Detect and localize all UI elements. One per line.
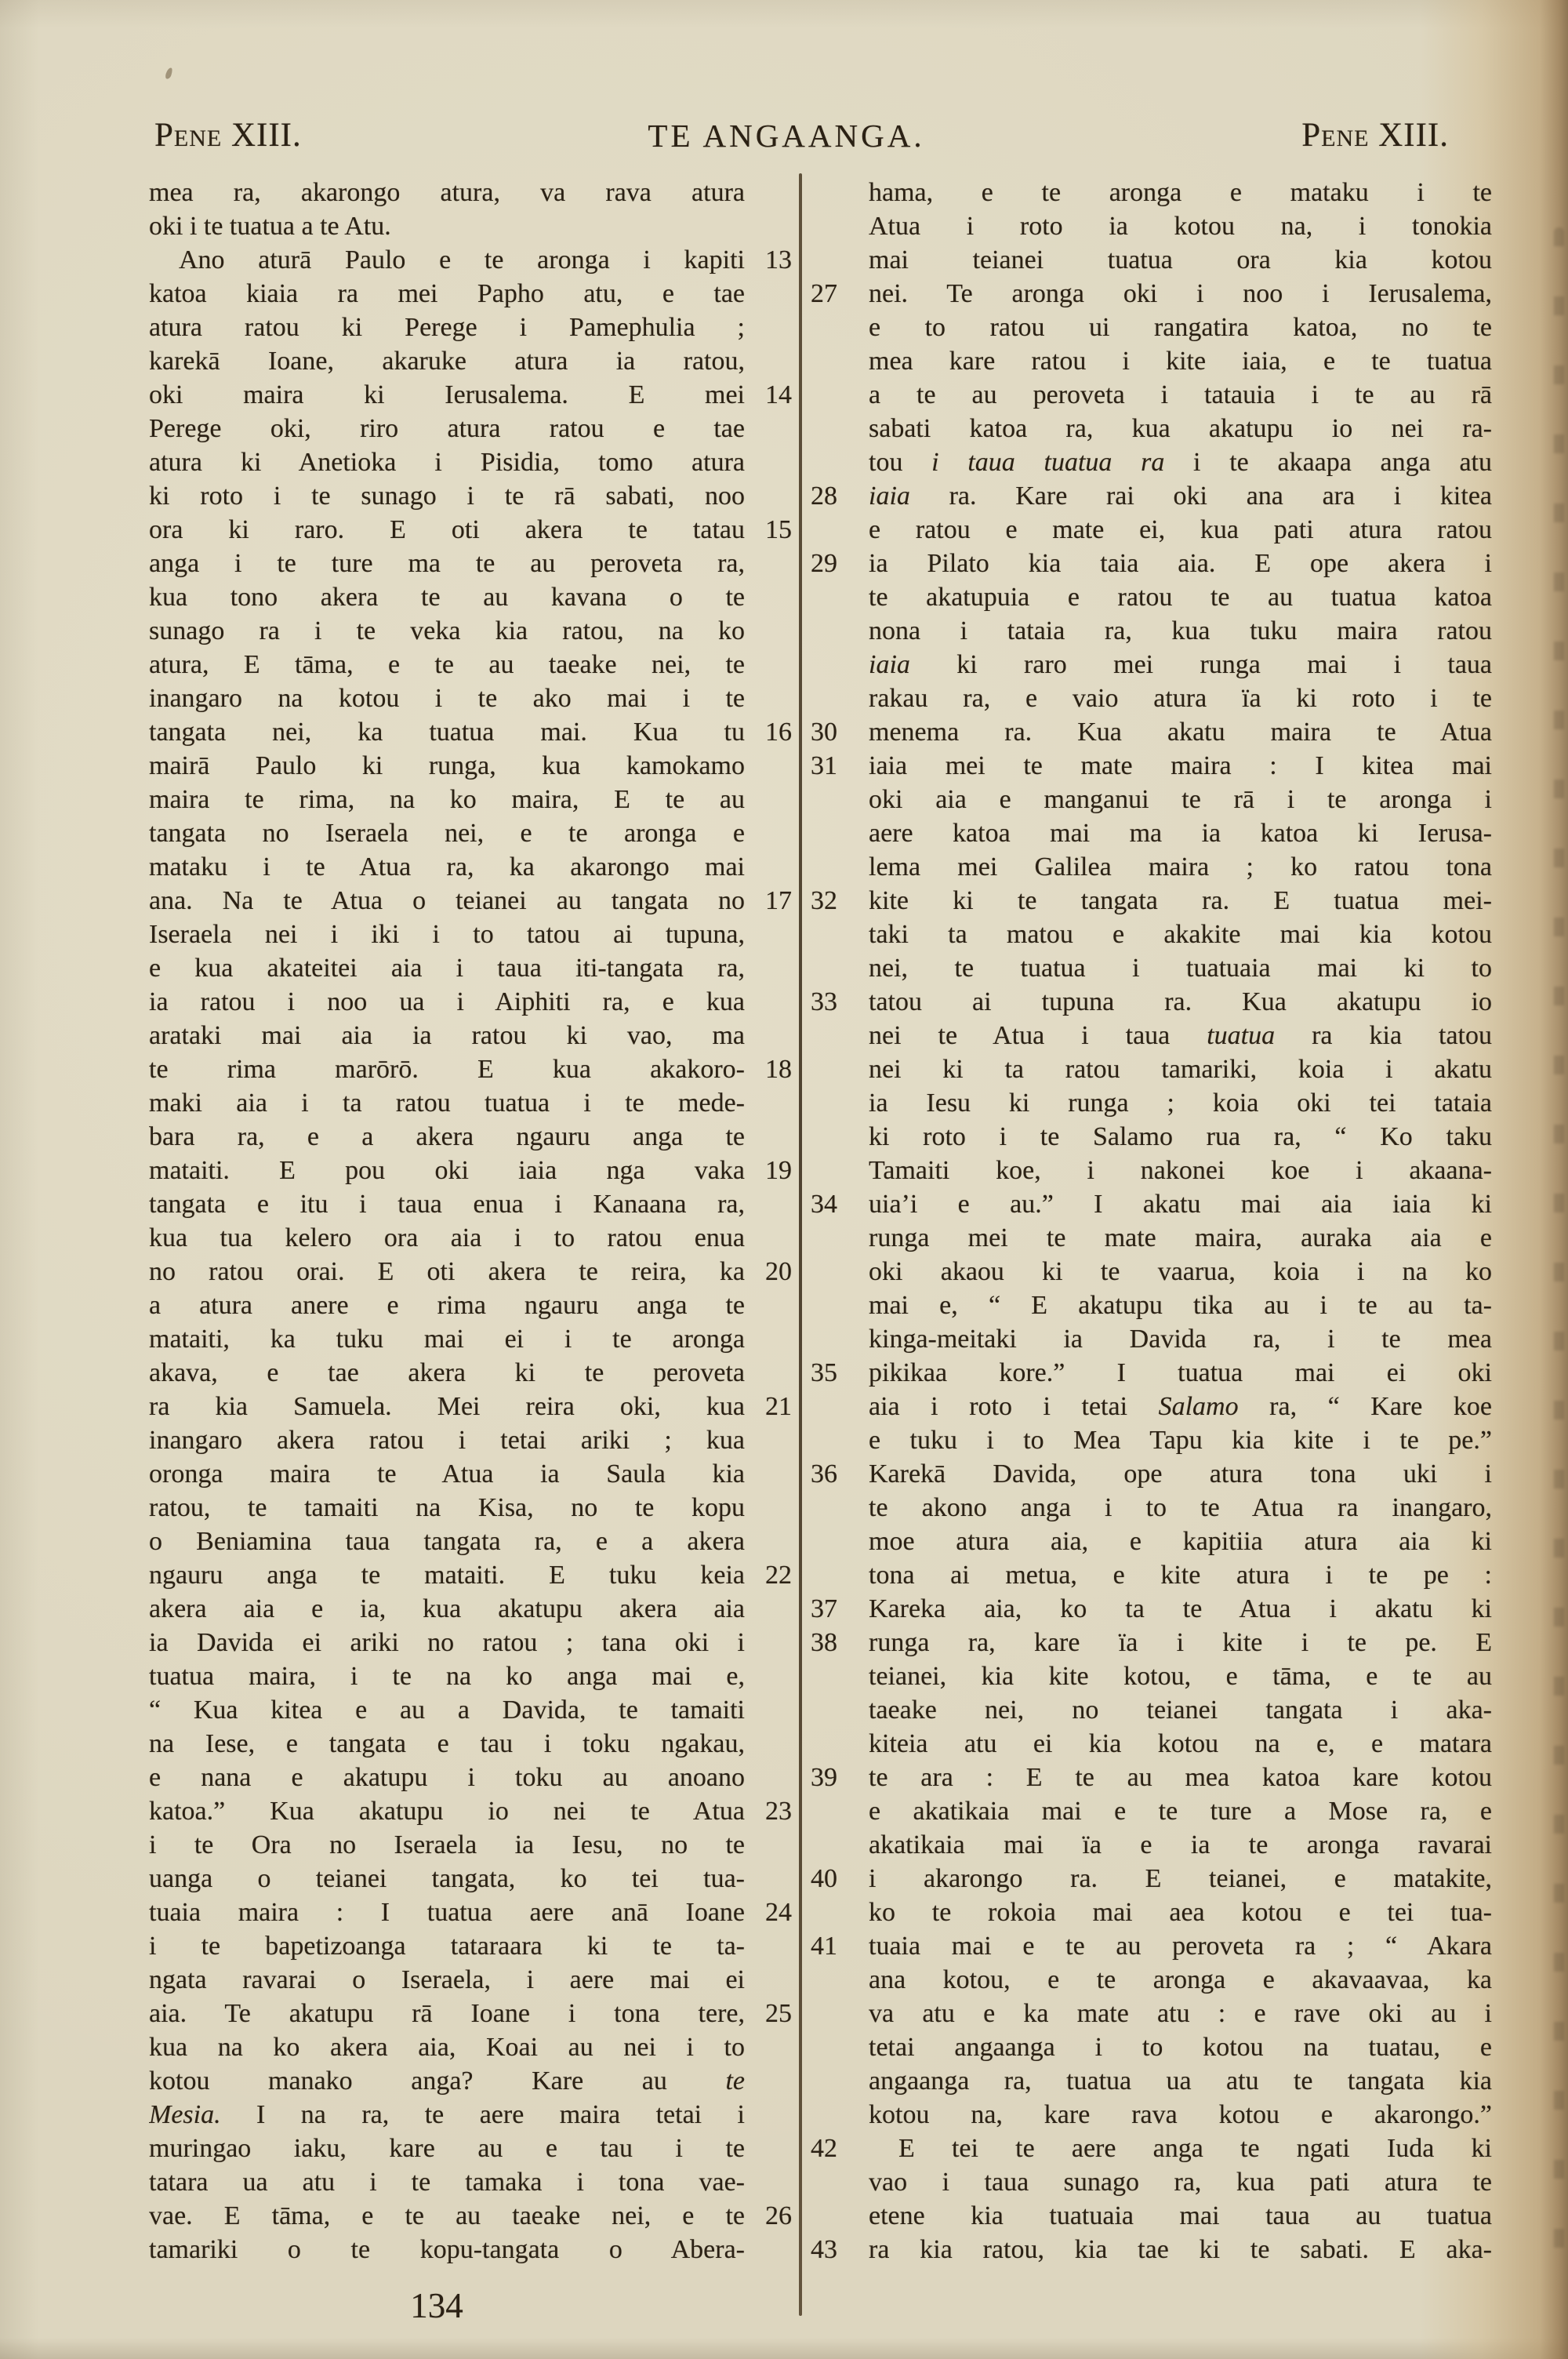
text-line: mairā Paulo ki runga, kua kamokamo bbox=[149, 749, 792, 783]
text-segment: vae. E tāma, e te au taeake nei, e te bbox=[149, 2201, 745, 2230]
verse-number: 13 bbox=[745, 243, 792, 277]
verse-number: 35 bbox=[811, 1356, 869, 1390]
text-segment: anga i te ture ma te au peroveta ra, bbox=[149, 549, 745, 578]
verse-number: 23 bbox=[745, 1794, 792, 1828]
line-text: kua na ko akera aia, Koai au nei i to bbox=[149, 2030, 745, 2064]
verse-number: 22 bbox=[745, 1558, 792, 1592]
text-segment: Atua i roto ia kotou na, i tonokia bbox=[869, 212, 1492, 241]
verse-number: 30 bbox=[811, 715, 869, 749]
line-text: oki maira ki Ierusalema. E mei bbox=[149, 378, 745, 412]
line-text: mataku i te Atua ra, ka akarongo mai bbox=[149, 850, 745, 884]
text-segment: ki roto i te sunago i te rā sabati, noo bbox=[149, 482, 745, 511]
text-line: mai teianei tuatua ora kia kotou bbox=[811, 243, 1492, 277]
text-line: nei te Atua i taua tuatua ra kia tatou bbox=[811, 1019, 1492, 1052]
running-head-right: Pene XIII. bbox=[1301, 114, 1449, 157]
line-text: aere katoa mai ma ia katoa ki Ierusa- bbox=[869, 816, 1492, 850]
line-text: ana. Na te Atua o teianei au tangata no bbox=[149, 884, 745, 918]
text-segment: tatou ai tupuna ra. Kua akatupu io bbox=[869, 987, 1492, 1016]
verse-number: 39 bbox=[811, 1761, 869, 1794]
text-line: tona ai metua, e kite atura i te pe : bbox=[811, 1558, 1492, 1592]
line-text: i akarongo ra. E teianei, e matakite, bbox=[869, 1862, 1492, 1896]
verse-number: 38 bbox=[811, 1626, 869, 1659]
verse-number: 34 bbox=[811, 1187, 869, 1221]
italic-text-segment: Salamo bbox=[1159, 1392, 1239, 1421]
text-line: katoa.” Kua akatupu io nei te Atua23 bbox=[149, 1794, 792, 1828]
line-text: katoa.” Kua akatupu io nei te Atua bbox=[149, 1794, 745, 1828]
line-text: maki aia i ta ratou tuatua i te mede- bbox=[149, 1086, 745, 1120]
italic-text-segment: tuatua bbox=[1207, 1021, 1275, 1050]
text-line: uanga o teianei tangata, ko tei tua- bbox=[149, 1862, 792, 1896]
text-segment: kotou na, kare rava kotou e akarongo.” bbox=[869, 2100, 1492, 2129]
text-line: mea kare ratou i kite iaia, e te tuatua bbox=[811, 344, 1492, 378]
text-segment: vao i taua sunago ra, kua pati atura te bbox=[869, 2168, 1492, 2197]
text-line: e kua akateitei aia i taua iti-tangata r… bbox=[149, 951, 792, 985]
line-text: E tei te aere anga te ngati Iuda ki bbox=[869, 2132, 1492, 2165]
text-line: hama, e te aronga e mataku i te bbox=[811, 176, 1492, 209]
text-line: teianei, kia kite kotou, e tāma, e te au bbox=[811, 1659, 1492, 1693]
line-text: tangata e itu i taua enua i Kanaana ra, bbox=[149, 1187, 745, 1221]
text-line: 40i akarongo ra. E teianei, e matakite, bbox=[811, 1862, 1492, 1896]
text-segment: oki i te tuatua a te Atu. bbox=[149, 212, 391, 241]
line-text: nei, te tuatua i tuatuaia mai ki to bbox=[869, 951, 1492, 985]
text-segment: katoa kiaia ra mei Papho atu, e tae bbox=[149, 279, 745, 308]
text-segment: nei te Atua i taua bbox=[869, 1021, 1207, 1050]
text-segment: akava, e tae akera ki te peroveta bbox=[149, 1358, 745, 1387]
text-line: ia Iesu ki runga ; koia oki tei tataia bbox=[811, 1086, 1492, 1120]
text-segment: moe atura aia, e kapitiia atura aia ki bbox=[869, 1527, 1492, 1556]
text-segment: atura ratou ki Perege i Pamephulia ; bbox=[149, 313, 745, 342]
next-page-ghost-text bbox=[1554, 227, 1564, 2282]
book-page: Pene XIII. TE ANGAANGA. Pene XIII. mea r… bbox=[0, 0, 1568, 2359]
text-line: nei ki ta ratou tamariki, koia i akatu bbox=[811, 1052, 1492, 1086]
verse-number: 16 bbox=[745, 715, 792, 749]
text-segment: Karekā Davida, ope atura tona uki i bbox=[869, 1459, 1492, 1488]
text-line: 41tuaia mai e te au peroveta ra ; “ Akar… bbox=[811, 1929, 1492, 1963]
text-segment: Ano aturā Paulo e te aronga i kapiti bbox=[179, 245, 745, 274]
line-text: teianei, kia kite kotou, e tāma, e te au bbox=[869, 1659, 1492, 1693]
text-line: Ano aturā Paulo e te aronga i kapiti13 bbox=[149, 243, 792, 277]
line-text: a atura anere e rima ngauru anga te bbox=[149, 1289, 745, 1322]
text-segment: karekā Ioane, akaruke atura ia ratou, bbox=[149, 347, 745, 376]
line-text: Ano aturā Paulo e te aronga i kapiti bbox=[149, 243, 745, 277]
text-segment: taeake nei, no teianei tangata i aka- bbox=[869, 1696, 1492, 1725]
line-text: mai e, “ E akatupu tika au i te au ta- bbox=[869, 1289, 1492, 1322]
line-text: nei ki ta ratou tamariki, koia i akatu bbox=[869, 1052, 1492, 1086]
line-text: tuatua maira, i te na ko anga mai e, bbox=[149, 1659, 745, 1693]
italic-text-segment: i taua tuatua ra bbox=[931, 448, 1164, 477]
verse-number: 29 bbox=[811, 547, 869, 580]
text-segment: ora ki raro. E oti akera te tatau bbox=[149, 515, 745, 544]
text-line: 37Kareka aia, ko ta te Atua i akatu ki bbox=[811, 1592, 1492, 1626]
text-line: 33tatou ai tupuna ra. Kua akatupu io bbox=[811, 985, 1492, 1019]
text-segment: a atura anere e rima ngauru anga te bbox=[149, 1291, 745, 1320]
line-text: Iseraela nei i iki i to tatou ai tupuna, bbox=[149, 918, 745, 951]
text-segment: pikikaa kore.” I tuatua mai ei oki bbox=[869, 1358, 1492, 1387]
line-text: lema mei Galilea maira ; ko ratou tona bbox=[869, 850, 1492, 884]
text-line: atura, E tāma, e te au taeake nei, te bbox=[149, 648, 792, 682]
text-line: runga mei te mate maira, auraka aia e bbox=[811, 1221, 1492, 1255]
text-line: 42E tei te aere anga te ngati Iuda ki bbox=[811, 2132, 1492, 2165]
text-segment: inangaro na kotou i te ako mai i te bbox=[149, 684, 745, 713]
text-line: ki roto i te Salamo rua ra, “ Ko taku bbox=[811, 1120, 1492, 1154]
text-line: arataki mai aia ia ratou ki vao, ma bbox=[149, 1019, 792, 1052]
text-segment: te rima marōrō. E kua akakoro- bbox=[149, 1055, 745, 1084]
verse-number: 33 bbox=[811, 985, 869, 1019]
text-line: bara ra, e a akera ngauru anga te bbox=[149, 1120, 792, 1154]
text-segment: mataku i te Atua ra, ka akarongo mai bbox=[149, 852, 745, 881]
line-text: “ Kua kitea e au a Davida, te tamaiti bbox=[149, 1693, 745, 1727]
text-segment: tona ai metua, e kite atura i te pe : bbox=[869, 1561, 1492, 1590]
text-line: maira te rima, na ko maira, E te au bbox=[149, 783, 792, 816]
verse-number: 17 bbox=[745, 884, 792, 918]
line-text: taki ta matou e akakite mai kia kotou bbox=[869, 918, 1492, 951]
text-line: lema mei Galilea maira ; ko ratou tona bbox=[811, 850, 1492, 884]
line-text: atura ratou ki Perege i Pamephulia ; bbox=[149, 311, 745, 344]
text-line: kua tono akera te au kavana o te bbox=[149, 580, 792, 614]
line-text: ratou, te tamaiti na Kisa, no te kopu bbox=[149, 1491, 745, 1525]
text-segment: ia ratou i noo ua i Aiphiti ra, e kua bbox=[149, 987, 745, 1016]
text-column-right: hama, e te aronga e mataku i teAtua i ro… bbox=[811, 176, 1492, 2266]
text-line: kua tua kelero ora aia i to ratou enua bbox=[149, 1221, 792, 1255]
line-text: tangata no Iseraela nei, e te aronga e bbox=[149, 816, 745, 850]
text-segment: oronga maira te Atua ia Saula kia bbox=[149, 1459, 745, 1488]
line-text: e nana e akatupu i toku au anoano bbox=[149, 1761, 745, 1794]
text-segment: kiteia atu ei kia kotou na e, e matara bbox=[869, 1729, 1492, 1758]
verse-number: 20 bbox=[745, 1255, 792, 1289]
text-segment: e to ratou ui rangatira katoa, no te bbox=[869, 313, 1492, 342]
text-segment: runga mei te mate maira, auraka aia e bbox=[869, 1223, 1492, 1252]
line-text: mataiti. E pou oki iaia nga vaka bbox=[149, 1154, 745, 1187]
line-text: uia’i e au.” I akatu mai aia iaia ki bbox=[869, 1187, 1492, 1221]
line-text: o Beniamina taua tangata ra, e a akera bbox=[149, 1525, 745, 1558]
text-line: te rima marōrō. E kua akakoro-18 bbox=[149, 1052, 792, 1086]
running-head-left: Pene XIII. bbox=[154, 114, 302, 157]
verse-number: 15 bbox=[745, 513, 792, 547]
text-segment: ia Iesu ki runga ; koia oki tei tataia bbox=[869, 1089, 1492, 1118]
text-line: taki ta matou e akakite mai kia kotou bbox=[811, 918, 1492, 951]
line-text: muringao iaku, kare au e tau i te bbox=[149, 2132, 745, 2165]
text-segment: ngata ravarai o Iseraela, i aere mai ei bbox=[149, 1965, 745, 1994]
text-segment: ra kia ratou, kia tae ki te sabati. E ak… bbox=[869, 2235, 1492, 2264]
text-segment: na Iese, e tangata e tau i toku ngakau, bbox=[149, 1729, 745, 1758]
text-line: tuatua maira, i te na ko anga mai e, bbox=[149, 1659, 792, 1693]
line-text: tuaia maira : I tuatua aere anā Ioane bbox=[149, 1896, 745, 1929]
line-text: menema ra. Kua akatu maira te Atua bbox=[869, 715, 1492, 749]
italic-text-segment: iaia bbox=[869, 650, 910, 679]
text-line: maki aia i ta ratou tuatua i te mede- bbox=[149, 1086, 792, 1120]
text-segment: kua na ko akera aia, Koai au nei i to bbox=[149, 2033, 745, 2062]
verse-number: 14 bbox=[745, 378, 792, 412]
line-text: anga i te ture ma te au peroveta ra, bbox=[149, 547, 745, 580]
text-segment: oki aia e manganui te rā i te aronga i bbox=[869, 785, 1492, 814]
text-segment: ra kia tatou bbox=[1275, 1021, 1492, 1050]
line-text: Kareka aia, ko ta te Atua i akatu ki bbox=[869, 1592, 1492, 1626]
text-line: 30menema ra. Kua akatu maira te Atua bbox=[811, 715, 1492, 749]
text-segment: nei, te tuatua i tuatuaia mai ki to bbox=[869, 954, 1492, 983]
text-line: ngata ravarai o Iseraela, i aere mai ei bbox=[149, 1963, 792, 1997]
text-line: 35pikikaa kore.” I tuatua mai ei oki bbox=[811, 1356, 1492, 1390]
text-line: atura ki Anetioka i Pisidia, tomo atura bbox=[149, 445, 792, 479]
text-segment: tuaia maira : I tuatua aere anā Ioane bbox=[149, 1898, 745, 1927]
line-text: iaia ra. Kare rai oki ana ara i kitea bbox=[869, 479, 1492, 513]
text-line: mataku i te Atua ra, ka akarongo mai bbox=[149, 850, 792, 884]
text-segment: “ Kua kitea e au a Davida, te tamaiti bbox=[149, 1696, 745, 1725]
line-text: angaanga ra, tuatua ua atu te tangata ki… bbox=[869, 2064, 1492, 2098]
text-segment: tuatua maira, i te na ko anga mai e, bbox=[149, 1662, 745, 1691]
text-line: ki roto i te sunago i te rā sabati, noo bbox=[149, 479, 792, 513]
text-segment: Perege oki, riro atura ratou e tae bbox=[149, 414, 745, 443]
text-line: Perege oki, riro atura ratou e tae bbox=[149, 412, 792, 445]
text-line: 43ra kia ratou, kia tae ki te sabati. E … bbox=[811, 2233, 1492, 2266]
text-line: te akono anga i to te Atua ra inangaro, bbox=[811, 1491, 1492, 1525]
line-text: ana kotou, e te aronga e akavaavaa, ka bbox=[869, 1963, 1492, 1997]
text-segment: nei. Te aronga oki i noo i Ierusalema, bbox=[869, 279, 1492, 308]
text-segment: i te bapetizoanga tataraara ki te ta- bbox=[149, 1932, 745, 1961]
text-line: kua na ko akera aia, Koai au nei i to bbox=[149, 2030, 792, 2064]
text-line: akera aia e ia, kua akatupu akera aia bbox=[149, 1592, 792, 1626]
verse-number: 42 bbox=[811, 2132, 869, 2165]
text-line: Mesia. I na ra, te aere maira tetai i bbox=[149, 2098, 792, 2132]
line-text: hama, e te aronga e mataku i te bbox=[869, 176, 1492, 209]
text-segment: tou bbox=[869, 448, 931, 477]
text-line: taeake nei, no teianei tangata i aka- bbox=[811, 1693, 1492, 1727]
text-segment: ngauru anga te mataiti. E tuku keia bbox=[149, 1561, 745, 1590]
line-text: ngauru anga te mataiti. E tuku keia bbox=[149, 1558, 745, 1592]
verse-number: 32 bbox=[811, 884, 869, 918]
text-segment: ra. Kare rai oki ana ara i kitea bbox=[910, 482, 1492, 511]
text-segment: bara ra, e a akera ngauru anga te bbox=[149, 1122, 745, 1151]
line-text: e ratou e mate ei, kua pati atura ratou bbox=[869, 513, 1492, 547]
text-segment: mea kare ratou i kite iaia, e te tuatua bbox=[869, 347, 1492, 376]
italic-text-segment: Mesia. bbox=[149, 2100, 221, 2129]
text-segment: te akono anga i to te Atua ra inangaro, bbox=[869, 1493, 1492, 1522]
text-segment: oki akaou ki te vaarua, koia i na ko bbox=[869, 1257, 1492, 1286]
verse-number: 25 bbox=[745, 1997, 792, 2030]
line-text: kua tono akera te au kavana o te bbox=[149, 580, 745, 614]
text-line: tamariki o te kopu-tangata o Abera- bbox=[149, 2233, 792, 2266]
text-line: tuaia maira : I tuatua aere anā Ioane24 bbox=[149, 1896, 792, 1929]
text-line: tangata no Iseraela nei, e te aronga e bbox=[149, 816, 792, 850]
line-text: arataki mai aia ia ratou ki vao, ma bbox=[149, 1019, 745, 1052]
italic-text-segment: iaia bbox=[869, 482, 910, 511]
line-text: runga mei te mate maira, auraka aia e bbox=[869, 1221, 1492, 1255]
text-line: e tuku i to Mea Tapu kia kite i te pe.” bbox=[811, 1423, 1492, 1457]
text-segment: kua tua kelero ora aia i to ratou enua bbox=[149, 1223, 745, 1252]
line-text: te ara : E te au mea katoa kare kotou bbox=[869, 1761, 1492, 1794]
line-text: kua tua kelero ora aia i to ratou enua bbox=[149, 1221, 745, 1255]
text-segment: mairā Paulo ki runga, kua kamokamo bbox=[149, 751, 745, 780]
line-text: inangaro na kotou i te ako mai i te bbox=[149, 682, 745, 715]
text-segment: te ara : E te au mea katoa kare kotou bbox=[869, 1763, 1492, 1792]
line-text: te akatupuia e ratou te au tuatua katoa bbox=[869, 580, 1492, 614]
verse-number: 28 bbox=[811, 479, 869, 513]
text-line: ia Davida ei ariki no ratou ; tana oki i bbox=[149, 1626, 792, 1659]
text-line: 27nei. Te aronga oki i noo i Ierusalema, bbox=[811, 277, 1492, 311]
text-line: aia. Te akatupu rā Ioane i tona tere,25 bbox=[149, 1997, 792, 2030]
text-segment: taki ta matou e akakite mai kia kotou bbox=[869, 920, 1492, 949]
verse-number: 43 bbox=[811, 2233, 869, 2266]
line-text: moe atura aia, e kapitiia atura aia ki bbox=[869, 1525, 1492, 1558]
verse-number: 19 bbox=[745, 1154, 792, 1187]
italic-text-segment: te bbox=[725, 2066, 745, 2095]
text-segment: tatara ua atu i te tamaka i tona vae- bbox=[149, 2168, 745, 2197]
text-line: angaanga ra, tuatua ua atu te tangata ki… bbox=[811, 2064, 1492, 2098]
text-segment: uia’i e au.” I akatu mai aia iaia ki bbox=[869, 1190, 1492, 1219]
line-text: vae. E tāma, e te au taeake nei, e te bbox=[149, 2199, 745, 2233]
text-line: akava, e tae akera ki te peroveta bbox=[149, 1356, 792, 1390]
text-segment: sabati katoa ra, kua akatupu io nei ra- bbox=[869, 414, 1492, 443]
line-text: rakau ra, e vaio atura ïa ki roto i te bbox=[869, 682, 1492, 715]
verse-number: 36 bbox=[811, 1457, 869, 1491]
text-segment: ia Pilato kia taia aia. E ope akera i bbox=[869, 549, 1492, 578]
line-text: na Iese, e tangata e tau i toku ngakau, bbox=[149, 1727, 745, 1761]
text-line: va atu e ka mate atu : e rave oki au i bbox=[811, 1997, 1492, 2030]
line-text: a te au peroveta i tatauia i te au rā bbox=[869, 378, 1492, 412]
verse-number: 27 bbox=[811, 277, 869, 311]
page-number: 134 bbox=[410, 2287, 463, 2324]
text-line: tou i taua tuatua ra i te akaapa anga at… bbox=[811, 445, 1492, 479]
text-segment: ana kotou, e te aronga e akavaavaa, ka bbox=[869, 1965, 1492, 1994]
text-segment: maira te rima, na ko maira, E te au bbox=[149, 785, 745, 814]
line-text: Tamaiti koe, i nakonei koe i akaana- bbox=[869, 1154, 1492, 1187]
line-text: Mesia. I na ra, te aere maira tetai i bbox=[149, 2098, 745, 2132]
text-line: kiteia atu ei kia kotou na e, e matara bbox=[811, 1727, 1492, 1761]
line-text: e kua akateitei aia i taua iti-tangata r… bbox=[149, 951, 745, 985]
text-segment: tamariki o te kopu-tangata o Abera- bbox=[149, 2235, 745, 2264]
text-segment: ana. Na te Atua o teianei au tangata no bbox=[149, 886, 745, 915]
text-line: mataiti, ka tuku mai ei i te aronga bbox=[149, 1322, 792, 1356]
text-segment: mai teianei tuatua ora kia kotou bbox=[869, 245, 1492, 274]
text-segment: e ratou e mate ei, kua pati atura ratou bbox=[869, 515, 1492, 544]
line-text: ki roto i te sunago i te rā sabati, noo bbox=[149, 479, 745, 513]
verse-number: 37 bbox=[811, 1592, 869, 1626]
text-segment: angaanga ra, tuatua ua atu te tangata ki… bbox=[869, 2066, 1492, 2095]
line-text: kiteia atu ei kia kotou na e, e matara bbox=[869, 1727, 1492, 1761]
line-text: aia. Te akatupu rā Ioane i tona tere, bbox=[149, 1997, 745, 2030]
text-segment: rakau ra, e vaio atura ïa ki roto i te bbox=[869, 684, 1492, 713]
text-line: ratou, te tamaiti na Kisa, no te kopu bbox=[149, 1491, 792, 1525]
text-line: 28iaia ra. Kare rai oki ana ara i kitea bbox=[811, 479, 1492, 513]
line-text: nei te Atua i taua tuatua ra kia tatou bbox=[869, 1019, 1492, 1052]
line-text: oki aia e manganui te rā i te aronga i bbox=[869, 783, 1492, 816]
text-line: vae. E tāma, e te au taeake nei, e te26 bbox=[149, 2199, 792, 2233]
text-line: tangata nei, ka tuatua mai. Kua tu16 bbox=[149, 715, 792, 749]
text-line: oki maira ki Ierusalema. E mei14 bbox=[149, 378, 792, 412]
text-line: sabati katoa ra, kua akatupu io nei ra- bbox=[811, 412, 1492, 445]
text-segment: Tamaiti koe, i nakonei koe i akaana- bbox=[869, 1156, 1492, 1185]
line-text: iaia ki raro mei runga mai i taua bbox=[869, 648, 1492, 682]
line-text: tatara ua atu i te tamaka i tona vae- bbox=[149, 2165, 745, 2199]
text-segment: e nana e akatupu i toku au anoano bbox=[149, 1763, 745, 1792]
text-line: e ratou e mate ei, kua pati atura ratou bbox=[811, 513, 1492, 547]
text-segment: uanga o teianei tangata, ko tei tua- bbox=[149, 1864, 745, 1893]
text-line: 39te ara : E te au mea katoa kare kotou bbox=[811, 1761, 1492, 1794]
text-line: inangaro na kotou i te ako mai i te bbox=[149, 682, 792, 715]
text-line: i te bapetizoanga tataraara ki te ta- bbox=[149, 1929, 792, 1963]
line-text: tangata nei, ka tuatua mai. Kua tu bbox=[149, 715, 745, 749]
verse-number: 18 bbox=[745, 1052, 792, 1086]
text-line: e to ratou ui rangatira katoa, no te bbox=[811, 311, 1492, 344]
text-segment: ki roto i te Salamo rua ra, “ Ko taku bbox=[869, 1122, 1492, 1151]
line-text: akava, e tae akera ki te peroveta bbox=[149, 1356, 745, 1390]
line-text: tou i taua tuatua ra i te akaapa anga at… bbox=[869, 445, 1492, 479]
text-line: a te au peroveta i tatauia i te au rā bbox=[811, 378, 1492, 412]
line-text: sunago ra i te veka kia ratou, na ko bbox=[149, 614, 745, 648]
line-text: ia Davida ei ariki no ratou ; tana oki i bbox=[149, 1626, 745, 1659]
text-line: kotou na, kare rava kotou e akarongo.” bbox=[811, 2098, 1492, 2132]
text-line: tetai angaanga i to kotou na tuatau, e bbox=[811, 2030, 1492, 2064]
line-text: sabati katoa ra, kua akatupu io nei ra- bbox=[869, 412, 1492, 445]
text-segment: ki raro mei runga mai i taua bbox=[910, 650, 1492, 679]
line-text: oki i te tuatua a te Atu. bbox=[149, 209, 745, 243]
text-line: akatikaia mai ïa e ia te aronga ravarai bbox=[811, 1828, 1492, 1862]
text-line: te akatupuia e ratou te au tuatua katoa bbox=[811, 580, 1492, 614]
text-line: 29ia Pilato kia taia aia. E ope akera i bbox=[811, 547, 1492, 580]
verse-number: 24 bbox=[745, 1896, 792, 1929]
text-line: katoa kiaia ra mei Papho atu, e tae bbox=[149, 277, 792, 311]
line-text: mea kare ratou i kite iaia, e te tuatua bbox=[869, 344, 1492, 378]
line-text: karekā Ioane, akaruke atura ia ratou, bbox=[149, 344, 745, 378]
text-segment: e akatikaia mai e te ture a Mose ra, e bbox=[869, 1797, 1492, 1826]
text-line: karekā Ioane, akaruke atura ia ratou, bbox=[149, 344, 792, 378]
line-text: e to ratou ui rangatira katoa, no te bbox=[869, 311, 1492, 344]
line-text: etene kia tuatuaia mai taua au tuatua bbox=[869, 2199, 1492, 2233]
line-text: ora ki raro. E oti akera te tatau bbox=[149, 513, 745, 547]
text-line: oki akaou ki te vaarua, koia i na ko bbox=[811, 1255, 1492, 1289]
text-line: oki i te tuatua a te Atu. bbox=[149, 209, 792, 243]
line-text: tona ai metua, e kite atura i te pe : bbox=[869, 1558, 1492, 1592]
text-line: oronga maira te Atua ia Saula kia bbox=[149, 1457, 792, 1491]
line-text: mea ra, akarongo atura, va rava atura bbox=[149, 176, 745, 209]
text-segment: I na ra, te aere maira tetai i bbox=[221, 2100, 745, 2129]
text-segment: aia. Te akatupu rā Ioane i tona tere, bbox=[149, 1999, 745, 2028]
text-segment: hama, e te aronga e mataku i te bbox=[869, 178, 1492, 207]
text-line: ana. Na te Atua o teianei au tangata no1… bbox=[149, 884, 792, 918]
text-segment: kua tono akera te au kavana o te bbox=[149, 583, 745, 612]
text-line: e akatikaia mai e te ture a Mose ra, e bbox=[811, 1794, 1492, 1828]
ink-fleck bbox=[165, 67, 173, 79]
text-line: mea ra, akarongo atura, va rava atura bbox=[149, 176, 792, 209]
text-line: 38runga ra, kare ïa i kite i te pe. E bbox=[811, 1626, 1492, 1659]
text-segment: oki maira ki Ierusalema. E mei bbox=[149, 380, 745, 409]
line-text: oronga maira te Atua ia Saula kia bbox=[149, 1457, 745, 1491]
text-line: ana kotou, e te aronga e akavaavaa, ka bbox=[811, 1963, 1492, 1997]
line-text: tuaia mai e te au peroveta ra ; “ Akara bbox=[869, 1929, 1492, 1963]
text-segment: mataiti. E pou oki iaia nga vaka bbox=[149, 1156, 745, 1185]
verse-number: 41 bbox=[811, 1929, 869, 1963]
text-segment: muringao iaku, kare au e tau i te bbox=[149, 2134, 745, 2163]
text-line: moe atura aia, e kapitiia atura aia ki bbox=[811, 1525, 1492, 1558]
text-segment: Iseraela nei i iki i to tatou ai tupuna, bbox=[149, 920, 745, 949]
text-line: Tamaiti koe, i nakonei koe i akaana- bbox=[811, 1154, 1492, 1187]
text-line: rakau ra, e vaio atura ïa ki roto i te bbox=[811, 682, 1492, 715]
text-line: “ Kua kitea e au a Davida, te tamaiti bbox=[149, 1693, 792, 1727]
text-line: ko te rokoia mai aea kotou e tei tua- bbox=[811, 1896, 1492, 1929]
text-segment: ra kia Samuela. Mei reira oki, kua bbox=[149, 1392, 745, 1421]
line-text: runga ra, kare ïa i kite i te pe. E bbox=[869, 1626, 1492, 1659]
text-line: tatara ua atu i te tamaka i tona vae- bbox=[149, 2165, 792, 2199]
line-text: ia Iesu ki runga ; koia oki tei tataia bbox=[869, 1086, 1492, 1120]
text-segment: va atu e ka mate atu : e rave oki au i bbox=[869, 1999, 1492, 2028]
line-text: Atua i roto ia kotou na, i tonokia bbox=[869, 209, 1492, 243]
text-line: 34uia’i e au.” I akatu mai aia iaia ki bbox=[811, 1187, 1492, 1221]
line-text: i te bapetizoanga tataraara ki te ta- bbox=[149, 1929, 745, 1963]
text-line: e nana e akatupu i toku au anoano bbox=[149, 1761, 792, 1794]
text-line: etene kia tuatuaia mai taua au tuatua bbox=[811, 2199, 1492, 2233]
text-segment: tangata no Iseraela nei, e te aronga e bbox=[149, 819, 745, 848]
text-line: Atua i roto ia kotou na, i tonokia bbox=[811, 209, 1492, 243]
line-text: tamariki o te kopu-tangata o Abera- bbox=[149, 2233, 745, 2266]
